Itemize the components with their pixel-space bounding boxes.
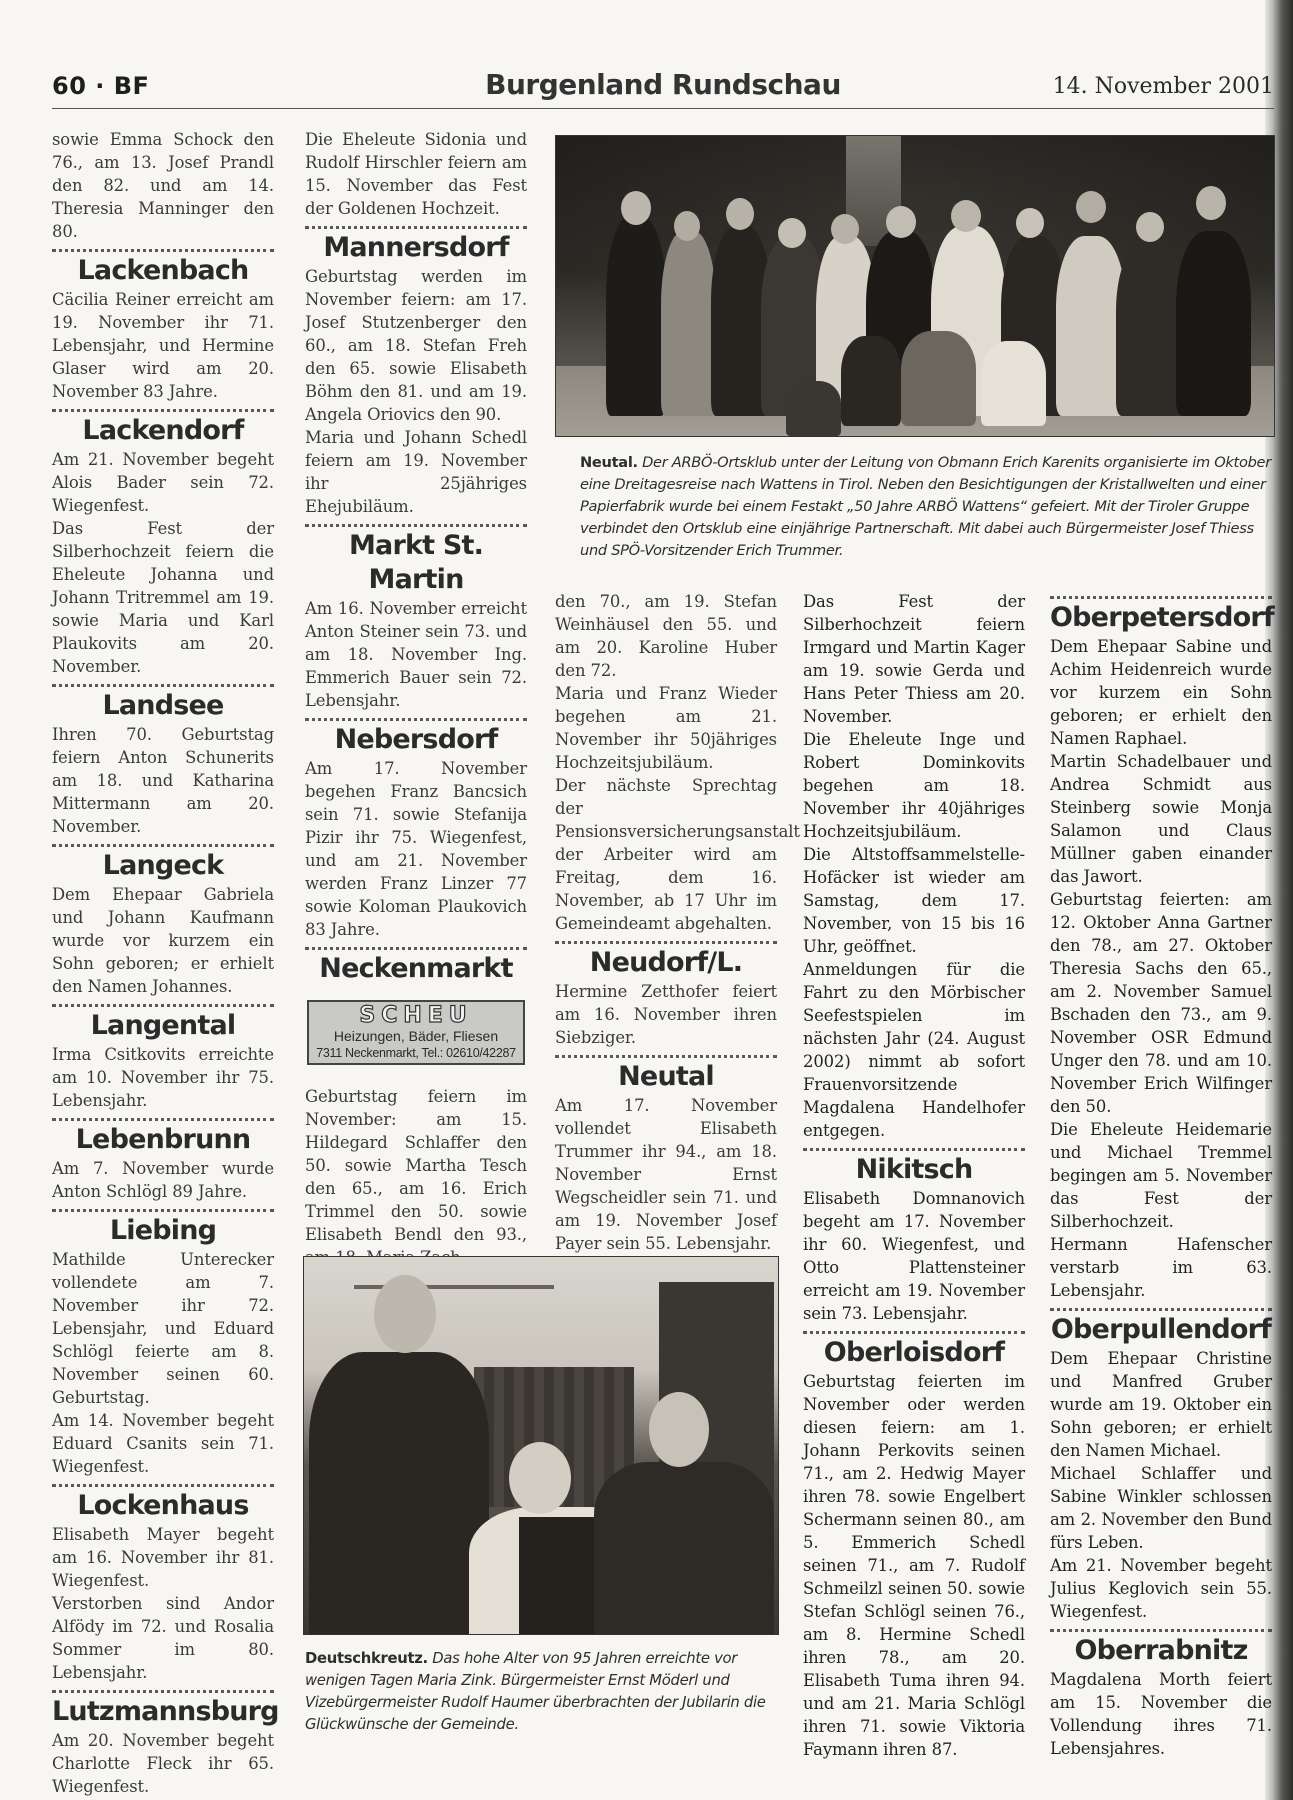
group-photo bbox=[555, 135, 1275, 437]
article-text: Am 14. November begeht Eduard Csanits se… bbox=[52, 1409, 274, 1478]
section-heading-liebing: Liebing bbox=[52, 1214, 274, 1248]
dotted-divider bbox=[1050, 1308, 1272, 1311]
dotted-divider bbox=[305, 718, 527, 721]
jubilee-photo-caption: Deutschkreutz. Das hohe Alter von 95 Jah… bbox=[305, 1648, 775, 1736]
section-heading-neckenmarkt: Neckenmarkt bbox=[305, 952, 527, 986]
caption-location: Neutal. bbox=[580, 454, 638, 471]
section-heading-landsee: Landsee bbox=[52, 689, 274, 723]
article-text: Die Altstoffsammelstelle-Hofäcker ist wi… bbox=[803, 843, 1025, 958]
article-text: Das Fest der Silberhochzeit feiern die E… bbox=[52, 517, 274, 678]
section-heading-lackenbach: Lackenbach bbox=[52, 254, 274, 288]
section-heading-lutzmannsburg: Lutzmannsburg bbox=[52, 1695, 274, 1729]
article-text: Die Eheleute Sidonia und Rudolf Hirschle… bbox=[305, 128, 527, 220]
column-4: Das Fest der Silberhochzeit feiern Irmga… bbox=[803, 590, 1025, 1761]
section-heading-lackendorf: Lackendorf bbox=[52, 414, 274, 448]
article-text: Geburtstag feiern im November: am 15. Hi… bbox=[305, 1085, 527, 1269]
dotted-divider bbox=[555, 941, 777, 944]
dotted-divider bbox=[52, 409, 274, 412]
caption-location: Deutschkreutz. bbox=[305, 1650, 428, 1667]
article-text: Maria und Johann Schedl feiern am 19. No… bbox=[305, 426, 527, 518]
article-text: Dem Ehepaar Christine und Manfred Gruber… bbox=[1050, 1347, 1272, 1462]
section-heading-markt-st-martin: Markt St. Martin bbox=[305, 529, 527, 597]
article-text: Am 17. November vollendet Elisabeth Trum… bbox=[555, 1094, 777, 1255]
article-text: Michael Schlaffer und Sabine Winkler sch… bbox=[1050, 1462, 1272, 1554]
article-text: Am 20. November begeht Charlotte Fleck i… bbox=[52, 1729, 274, 1798]
article-text: Am 7. November wurde Anton Schlögl 89 Ja… bbox=[52, 1157, 274, 1203]
column-2: Die Eheleute Sidonia und Rudolf Hirschle… bbox=[305, 128, 527, 1269]
article-text: den 70., am 19. Stefan Weinhäusel den 55… bbox=[555, 590, 777, 682]
column-1: sowie Emma Schock den 76., am 13. Josef … bbox=[52, 128, 274, 1798]
section-heading-neutal: Neutal bbox=[555, 1060, 777, 1094]
article-text: Cäcilia Reiner erreicht am 19. November … bbox=[52, 288, 274, 403]
article-text: Dem Ehepaar Sabine und Achim Heidenreich… bbox=[1050, 635, 1272, 750]
article-text: Am 16. November erreicht Anton Steiner s… bbox=[305, 597, 527, 712]
jubilee-photo bbox=[303, 1256, 779, 1635]
dotted-divider bbox=[52, 844, 274, 847]
masthead-rule bbox=[52, 108, 1274, 109]
dotted-divider bbox=[52, 1209, 274, 1212]
dotted-divider bbox=[555, 1055, 777, 1058]
dotted-divider bbox=[305, 524, 527, 527]
article-text: Martin Schadelbauer und Andrea Schmidt a… bbox=[1050, 750, 1272, 888]
article-text: Geburtstag feierten im November oder wer… bbox=[803, 1370, 1025, 1761]
caption-text: Der ARBÖ-Ortsklub unter der Leitung von … bbox=[580, 454, 1271, 559]
issue-date: 14. November 2001 bbox=[1053, 74, 1274, 99]
dotted-divider bbox=[52, 1484, 274, 1487]
article-text: Hermann Hafenscher verstarb im 63. Leben… bbox=[1050, 1233, 1272, 1302]
article-text: Verstorben sind Andor Alfödy im 72. und … bbox=[52, 1592, 274, 1684]
ad-tagline: Heizungen, Bäder, Fliesen bbox=[313, 1028, 519, 1045]
article-text: Am 17. November begehen Franz Bancsich s… bbox=[305, 757, 527, 941]
article-text: Magdalena Morth feiert am 15. November d… bbox=[1050, 1668, 1272, 1760]
section-heading-neudorf: Neudorf/L. bbox=[555, 946, 777, 980]
ad-brand: SCHEU bbox=[313, 1004, 519, 1028]
section-heading-oberrabnitz: Oberrabnitz bbox=[1050, 1634, 1272, 1668]
article-text: Am 21. November begeht Julius Keglovich … bbox=[1050, 1554, 1272, 1623]
group-photo-caption: Neutal. Der ARBÖ-Ortsklub unter der Leit… bbox=[580, 452, 1280, 562]
standing-man-head bbox=[374, 1275, 436, 1353]
dotted-divider bbox=[52, 1004, 274, 1007]
advertisement-scheu: SCHEU Heizungen, Bäder, Fliesen 7311 Nec… bbox=[307, 1000, 525, 1065]
article-text: Geburtstag werden im November feiern: am… bbox=[305, 265, 527, 426]
article-text: Anmeldungen für die Fahrt zu den Mörbisc… bbox=[803, 958, 1025, 1142]
column-3: den 70., am 19. Stefan Weinhäusel den 55… bbox=[555, 590, 777, 1255]
section-heading-nikitsch: Nikitsch bbox=[803, 1153, 1025, 1187]
dotted-divider bbox=[803, 1331, 1025, 1334]
column-5: Oberpetersdorf Dem Ehepaar Sabine und Ac… bbox=[1050, 590, 1272, 1760]
article-text: Maria und Franz Wieder begehen am 21. No… bbox=[555, 682, 777, 774]
article-text: Der nächste Sprechtag der Pensionsversic… bbox=[555, 774, 777, 935]
article-text: Die Eheleute Inge und Robert Dominkovits… bbox=[803, 728, 1025, 843]
article-text: Die Eheleute Heidemarie und Michael Trem… bbox=[1050, 1118, 1272, 1233]
ad-address: 7311 Neckenmarkt, Tel.: 02610/42287 bbox=[313, 1045, 519, 1061]
masthead: 60 · BF Burgenland Rundschau 14. Novembe… bbox=[52, 68, 1274, 108]
smiling-man bbox=[594, 1462, 774, 1635]
article-text: Mathilde Unterecker vollendete am 7. Nov… bbox=[52, 1248, 274, 1409]
article-text: Elisabeth Mayer begeht am 16. November i… bbox=[52, 1523, 274, 1592]
article-text: Irma Csitkovits erreichte am 10. Novembe… bbox=[52, 1043, 274, 1112]
section-heading-mannersdorf: Mannersdorf bbox=[305, 231, 527, 265]
dotted-divider bbox=[52, 1690, 274, 1693]
section-heading-lebenbrunn: Lebenbrunn bbox=[52, 1123, 274, 1157]
dotted-divider bbox=[803, 1148, 1025, 1151]
section-heading-nebersdorf: Nebersdorf bbox=[305, 723, 527, 757]
dotted-divider bbox=[305, 947, 527, 950]
smiling-man-head bbox=[649, 1392, 709, 1467]
article-text: Hermine Zetthofer feiert am 16. November… bbox=[555, 980, 777, 1049]
section-heading-langental: Langental bbox=[52, 1009, 274, 1043]
section-heading-oberpullendorf: Oberpullendorf bbox=[1050, 1313, 1272, 1347]
dotted-divider bbox=[52, 684, 274, 687]
article-text: Dem Ehepaar Gabriela und Johann Kaufmann… bbox=[52, 883, 274, 998]
article-text: Geburtstag feierten: am 12. Oktober Anna… bbox=[1050, 888, 1272, 1118]
dotted-divider bbox=[305, 226, 527, 229]
section-heading-lockenhaus: Lockenhaus bbox=[52, 1489, 274, 1523]
dotted-divider bbox=[1050, 596, 1272, 599]
section-heading-oberloisdorf: Oberloisdorf bbox=[803, 1336, 1025, 1370]
dotted-divider bbox=[1050, 1629, 1272, 1632]
article-text: sowie Emma Schock den 76., am 13. Josef … bbox=[52, 128, 274, 243]
seated-woman-head bbox=[509, 1442, 571, 1514]
article-text: Das Fest der Silberhochzeit feiern Irmga… bbox=[803, 590, 1025, 728]
dotted-divider bbox=[52, 1118, 274, 1121]
standing-man bbox=[309, 1352, 489, 1635]
article-text: Am 21. November begeht Alois Bader sein … bbox=[52, 448, 274, 517]
article-text: Elisabeth Domnanovich begeht am 17. Nove… bbox=[803, 1187, 1025, 1325]
article-text: Ihren 70. Geburtstag feiern Anton Schune… bbox=[52, 723, 274, 838]
section-heading-langeck: Langeck bbox=[52, 849, 274, 883]
section-heading-oberpetersdorf: Oberpetersdorf bbox=[1050, 601, 1272, 635]
dotted-divider bbox=[52, 249, 274, 252]
